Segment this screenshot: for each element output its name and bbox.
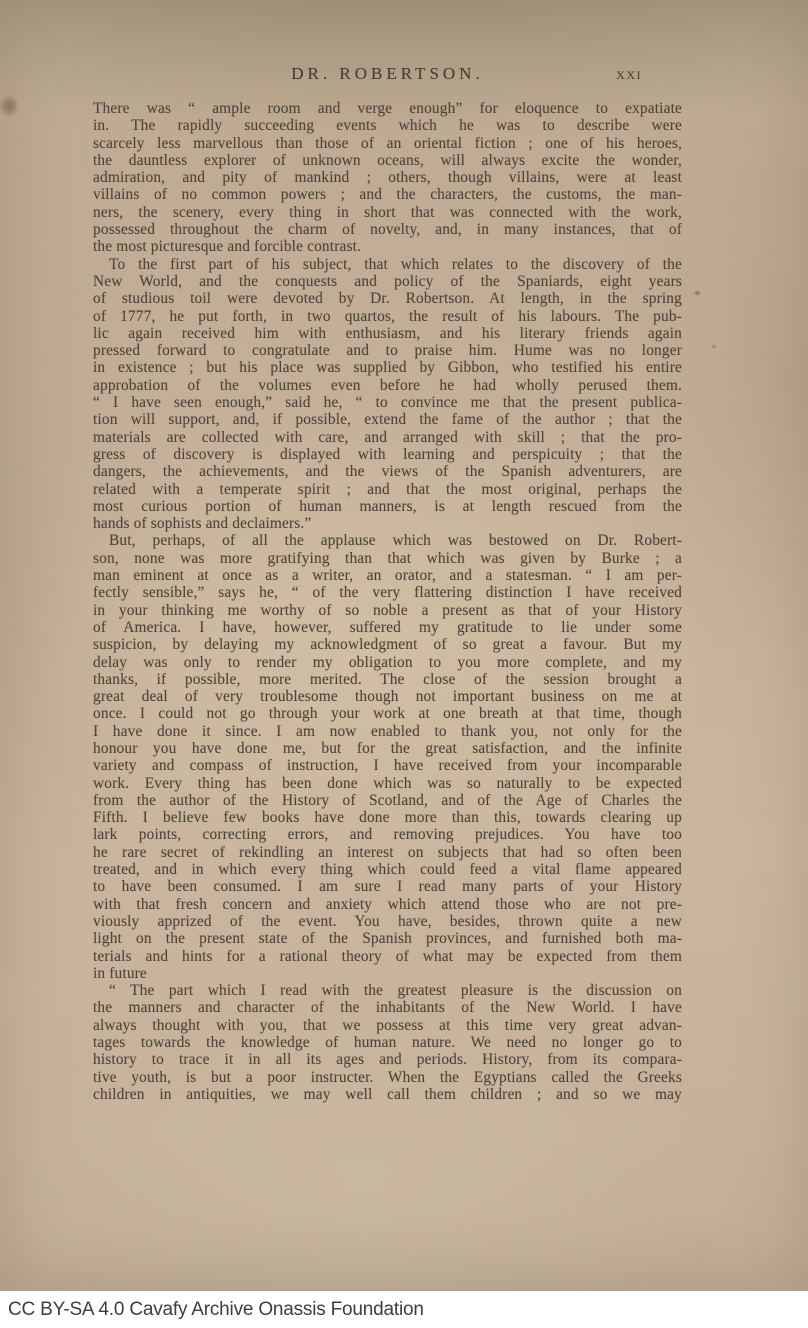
- text-line: the dauntless explorer of unknown oceans…: [93, 152, 682, 169]
- screenshot: DR. ROBERTSON. XXI There was “ ample roo…: [0, 0, 808, 1328]
- page-header: DR. ROBERTSON. XXI: [93, 64, 682, 86]
- text-block: There was “ ample room and verge enough”…: [93, 100, 682, 1103]
- text-line: light on the present state of the Spanis…: [93, 930, 682, 947]
- license-text: CC BY-SA 4.0 Cavafy Archive Onassis Foun…: [0, 1299, 424, 1321]
- text-line: approbation of the volumes even before h…: [93, 377, 682, 394]
- text-line: of studious toil were devoted by Dr. Rob…: [93, 290, 682, 307]
- text-line: always thought with you, that we possess…: [93, 1017, 682, 1034]
- text-line: he rare secret of rekindling an interest…: [93, 844, 682, 861]
- text-line: fectly sensible,” says he, “ of the very…: [93, 584, 682, 601]
- page-title: DR. ROBERTSON.: [93, 64, 682, 84]
- text-line: with that fresh concern and anxiety whic…: [93, 896, 682, 913]
- text-line: possessed throughout the charm of novelt…: [93, 221, 682, 238]
- paper-speck: [712, 345, 716, 348]
- text-line: There was “ ample room and verge enough”…: [93, 100, 682, 117]
- text-line: son, none was more gratifying than that …: [93, 550, 682, 567]
- ink-smudge: [0, 96, 18, 116]
- text-line: in. The rapidly succeeding events which …: [93, 117, 682, 134]
- text-line: terials and hints for a rational theory …: [93, 948, 682, 965]
- text-line: Fifth. I believe few books have done mor…: [93, 809, 682, 826]
- text-line: to have been consumed. I am sure I read …: [93, 878, 682, 895]
- text-line: lic again received him with enthusiasm, …: [93, 325, 682, 342]
- text-line: of America. I have, however, suffered my…: [93, 619, 682, 636]
- text-line: treated, and in which every thing which …: [93, 861, 682, 878]
- text-line: great deal of very troublesome though no…: [93, 688, 682, 705]
- text-line: pressed forward to congratulate and to p…: [93, 342, 682, 359]
- text-line: admiration, and pity of mankind ; others…: [93, 169, 682, 186]
- text-line: tages towards the knowledge of human nat…: [93, 1034, 682, 1051]
- text-line: gress of discovery is displayed with lea…: [93, 446, 682, 463]
- text-line: the manners and character of the inhabit…: [93, 999, 682, 1016]
- text-line: dangers, the achievements, and the views…: [93, 463, 682, 480]
- page-column: DR. ROBERTSON. XXI There was “ ample roo…: [93, 64, 682, 1103]
- text-line: work. Every thing has been done which wa…: [93, 775, 682, 792]
- text-line: New World, and the conquests and policy …: [93, 273, 682, 290]
- text-line: history to trace it in all its ages and …: [93, 1051, 682, 1068]
- license-bar: CC BY-SA 4.0 Cavafy Archive Onassis Foun…: [0, 1291, 808, 1328]
- scanned-book-page: DR. ROBERTSON. XXI There was “ ample roo…: [0, 0, 808, 1291]
- text-line: in future: [93, 965, 682, 982]
- text-line: ners, the scenery, every thing in short …: [93, 204, 682, 221]
- text-line: To the first part of his subject, that w…: [93, 256, 682, 273]
- text-line: in existence ; but his place was supplie…: [93, 359, 682, 376]
- text-line: in your thinking me worthy of so noble a…: [93, 602, 682, 619]
- text-line: “ The part which I read with the greates…: [93, 982, 682, 999]
- text-line: honour you have done me, but for the gre…: [93, 740, 682, 757]
- text-line: But, perhaps, of all the applause which …: [93, 532, 682, 549]
- text-line: I have done it since. I am now enabled t…: [93, 723, 682, 740]
- text-line: “ I have seen enough,” said he, “ to con…: [93, 394, 682, 411]
- text-line: materials are collected with care, and a…: [93, 429, 682, 446]
- text-line: tive youth, is but a poor instructer. Wh…: [93, 1069, 682, 1086]
- text-line: children in antiquities, we may well cal…: [93, 1086, 682, 1103]
- text-line: from the author of the History of Scotla…: [93, 792, 682, 809]
- text-line: scarcely less marvellous than those of a…: [93, 135, 682, 152]
- text-line: the most picturesque and forcible contra…: [93, 238, 682, 255]
- text-line: related with a temperate spirit ; and th…: [93, 481, 682, 498]
- text-line: of 1777, he put forth, in two quartos, t…: [93, 308, 682, 325]
- text-line: most curious portion of human manners, i…: [93, 498, 682, 515]
- text-line: viously apprized of the event. You have,…: [93, 913, 682, 930]
- text-line: lark points, correcting errors, and remo…: [93, 826, 682, 843]
- text-line: hands of sophists and declaimers.”: [93, 515, 682, 532]
- text-line: once. I could not go through your work a…: [93, 705, 682, 722]
- text-line: delay was only to render my obligation t…: [93, 654, 682, 671]
- text-line: man eminent at once as a writer, an orat…: [93, 567, 682, 584]
- text-line: variety and compass of instruction, I ha…: [93, 757, 682, 774]
- text-line: suspicion, by delaying my acknowledgment…: [93, 636, 682, 653]
- text-line: thanks, if possible, more merited. The c…: [93, 671, 682, 688]
- text-line: villains of no common powers ; and the c…: [93, 186, 682, 203]
- paper-speck: [695, 291, 700, 295]
- page-number: XXI: [616, 68, 642, 83]
- text-line: tion will support, and, if possible, ext…: [93, 411, 682, 428]
